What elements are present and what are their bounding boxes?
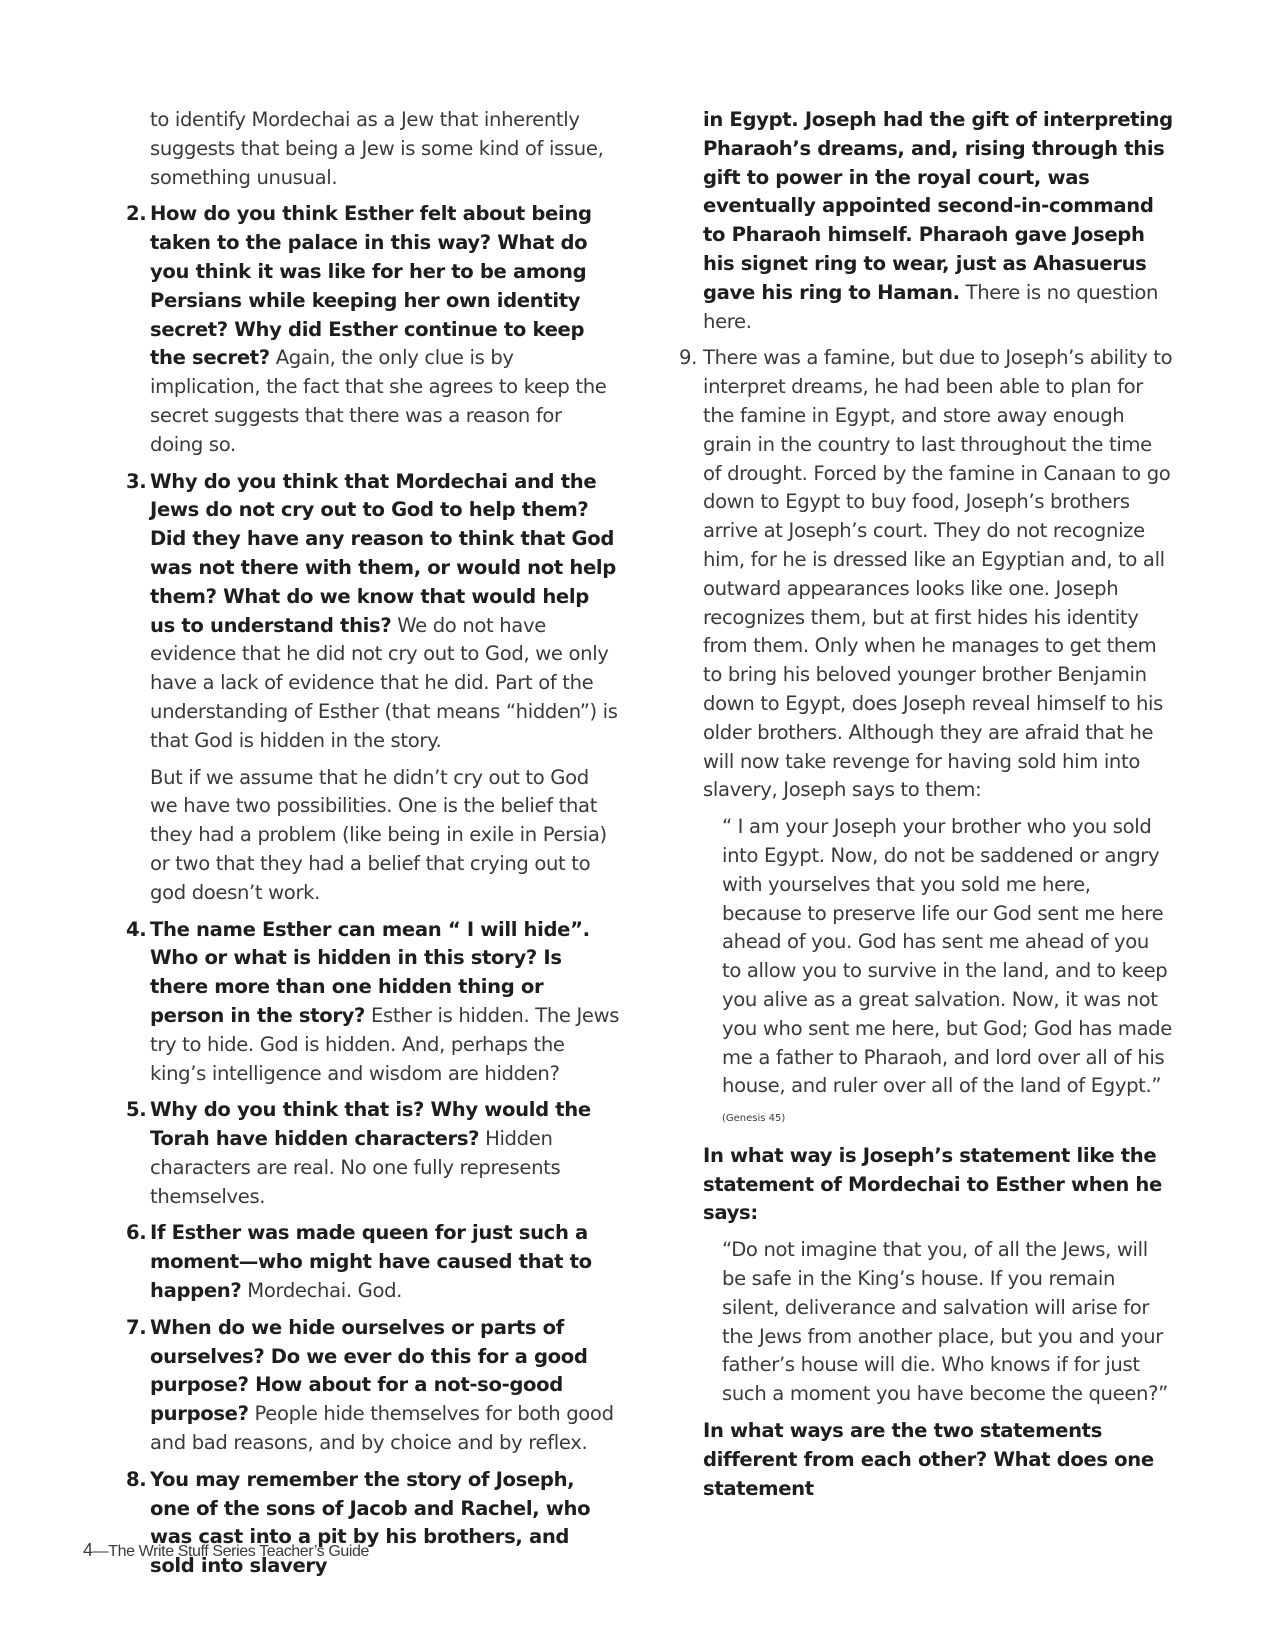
page-number: 4 (83, 1540, 93, 1560)
page-footer: 4—The Write Stuff Series Teacher’s Guide (83, 1540, 369, 1561)
question-text: in Egypt. Joseph had the gift of interpr… (703, 108, 1173, 304)
item-number: 8. (126, 1466, 146, 1495)
question-item-6: 6. If Esther was made queen for just suc… (150, 1219, 620, 1305)
item-9: 9. There was a famine, but due to Joseph… (703, 344, 1173, 805)
question-different: In what ways are the two statements diff… (703, 1417, 1173, 1503)
quote-text: “ I am your Joseph your brother who you … (722, 815, 1172, 1097)
question-similar: In what way is Joseph’s statement like t… (703, 1142, 1173, 1228)
item-9-text: There was a famine, but due to Joseph’s … (703, 344, 1173, 805)
answer-paragraph-2: But if we assume that he didn’t cry out … (150, 764, 620, 908)
item-number: 9. (679, 344, 697, 373)
item-number: 4. (126, 916, 146, 945)
footer-title: The Write Stuff Series Teacher’s Guide (108, 1543, 369, 1560)
joseph-quote: “ I am your Joseph your brother who you … (722, 813, 1173, 1134)
citation: (Genesis 45) (722, 1113, 785, 1124)
question-item-8: 8. You may remember the story of Joseph,… (150, 1466, 620, 1581)
question-item-8-continued: in Egypt. Joseph had the gift of interpr… (703, 106, 1173, 336)
mordechai-quote: “Do not imagine that you, of all the Jew… (722, 1236, 1173, 1409)
item-number: 7. (126, 1314, 146, 1343)
question-item-2: 2. How do you think Esther felt about be… (150, 200, 620, 459)
left-column: to identify Mordechai as a Jew that inhe… (150, 106, 620, 1589)
continuation-text: to identify Mordechai as a Jew that inhe… (150, 106, 620, 192)
footer-separator: — (93, 1543, 109, 1560)
question-item-7: 7. When do we hide ourselves or parts of… (150, 1314, 620, 1458)
item-number: 3. (126, 468, 146, 497)
question-item-5: 5. Why do you think that is? Why would t… (150, 1096, 620, 1211)
question-item-3: 3. Why do you think that Mordechai and t… (150, 468, 620, 908)
question-text: Why do you think that Mordechai and the … (150, 470, 616, 637)
item-number: 2. (126, 200, 146, 229)
question-text: How do you think Esther felt about being… (150, 202, 592, 369)
question-item-4: 4. The name Esther can mean “ I will hid… (150, 916, 620, 1089)
right-column: in Egypt. Joseph had the gift of interpr… (703, 106, 1173, 1511)
item-number: 6. (126, 1219, 146, 1248)
answer-text: Mordechai. God. (241, 1279, 402, 1302)
item-number: 5. (126, 1096, 146, 1125)
